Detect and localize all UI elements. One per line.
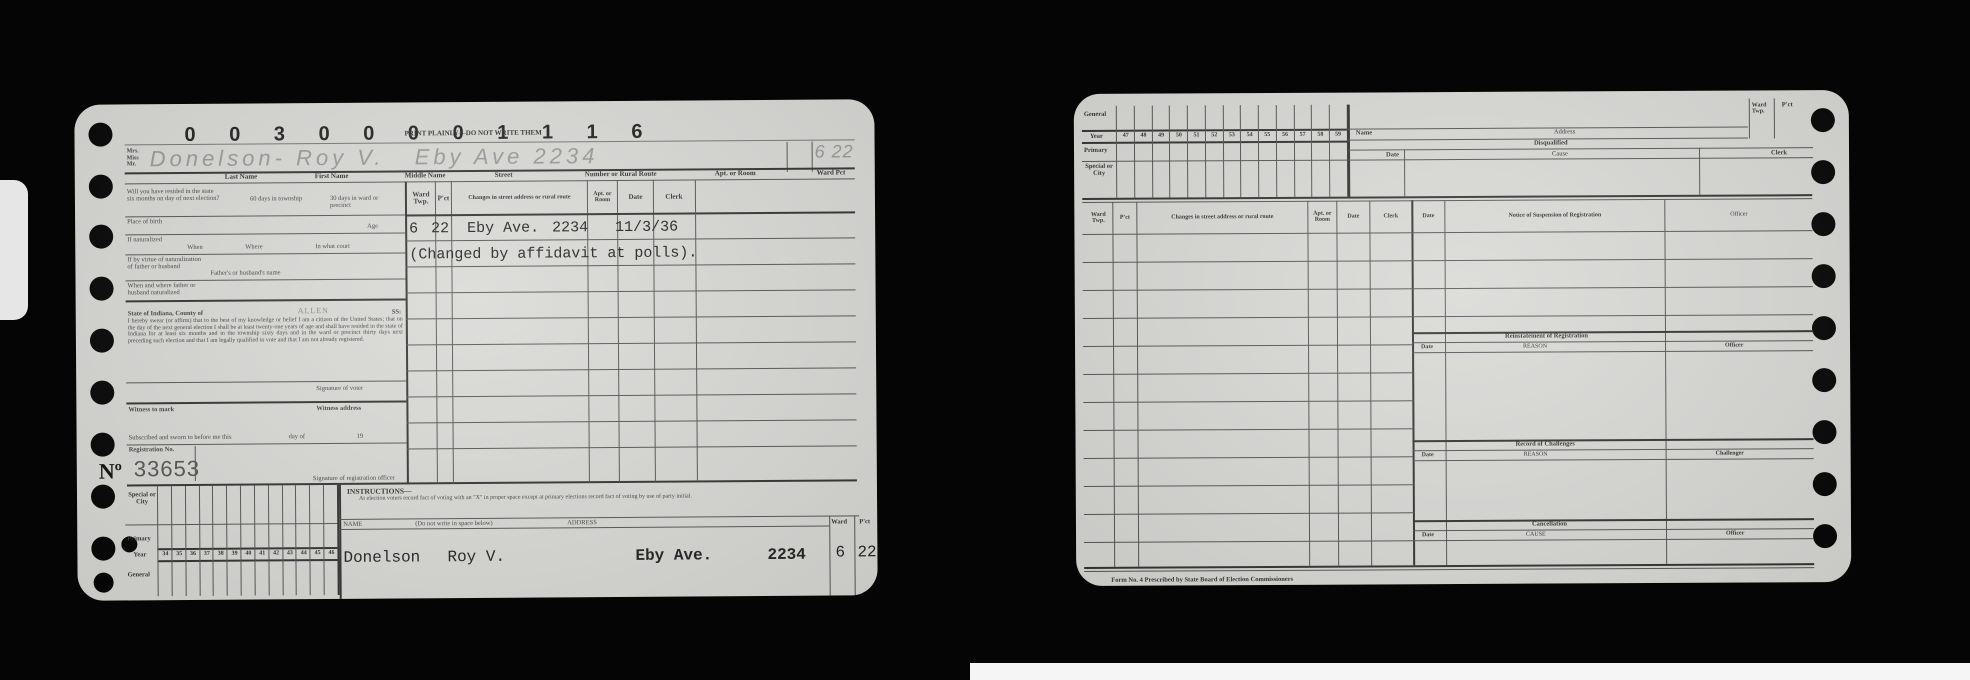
grid-column-line xyxy=(157,486,159,596)
father-label: If by virtue of naturalization of father… xyxy=(127,256,207,271)
challenges-title: Record of Challenges xyxy=(1516,441,1575,448)
col-changes: Changes in street address or rural route xyxy=(1137,205,1307,230)
challenges-challenger: Challenger xyxy=(1716,451,1744,457)
ward-label: Ward Twp. xyxy=(1752,102,1774,114)
year-prefix: 19 xyxy=(357,433,364,440)
footer-ward-label: Ward xyxy=(831,519,847,526)
footer-address-label: ADDRESS xyxy=(567,519,597,526)
row-year: Year xyxy=(133,552,146,559)
row-line xyxy=(1083,316,1413,319)
father-name-label: Father's or husband's name xyxy=(210,269,280,277)
divider xyxy=(339,483,342,599)
row-line xyxy=(1083,260,1413,263)
grid-column-line xyxy=(212,486,214,596)
registration-card-front: 0 0 3 0 0 0 0 1 1 1 6 PRINT PLAINLY—DO N… xyxy=(74,99,877,601)
change-number: 2234 xyxy=(552,219,588,236)
divider xyxy=(406,367,856,371)
divider xyxy=(1774,98,1775,138)
divider xyxy=(405,237,855,241)
row-line xyxy=(1411,230,1812,233)
divider xyxy=(405,263,855,267)
divider xyxy=(1348,157,1813,160)
col-changes: Changes in street address or rural route xyxy=(452,185,587,210)
cause-label: Cause xyxy=(1552,151,1568,158)
oath-county: ALLEN xyxy=(298,307,329,316)
divider xyxy=(1412,340,1813,343)
divider xyxy=(125,252,405,255)
label-first-name: First Name xyxy=(315,173,349,180)
registration-number: 33653 xyxy=(134,456,200,482)
divider xyxy=(1664,199,1667,564)
grid-column-line xyxy=(171,486,173,596)
sworn-label: Subscribed and sworn to before me this xyxy=(129,434,232,442)
grid-column-line xyxy=(1116,106,1117,198)
address-label: Address xyxy=(1554,129,1575,136)
grid-columns xyxy=(1116,105,1348,198)
title-prefix: Mrs.MissMr. xyxy=(127,148,139,168)
disqualified-label: Disqualified xyxy=(1534,140,1568,147)
punch-hole xyxy=(1812,368,1836,392)
reinstatement-reason: REASON xyxy=(1523,344,1547,350)
number-symbol: Nº xyxy=(99,458,122,484)
punch-hole xyxy=(91,433,115,457)
grid-column-line xyxy=(1169,106,1170,198)
col-apt: Apt. or Room xyxy=(1308,201,1336,233)
label-street: Street xyxy=(495,172,513,179)
divider xyxy=(125,232,405,235)
signature-officer-label: Signature of registration officer xyxy=(313,475,395,483)
birth-label: Place of birth xyxy=(127,218,177,225)
handwritten-ward-pct: 6 22 xyxy=(815,141,854,162)
row-line xyxy=(1412,314,1813,317)
footer-number: 2234 xyxy=(767,546,806,564)
divider xyxy=(695,179,698,481)
cancellation-officer: Officer xyxy=(1726,531,1744,537)
row-line xyxy=(1083,400,1413,403)
instructions-title: INSTRUCTIONS— xyxy=(347,487,412,495)
divider xyxy=(406,315,856,319)
punch-hole xyxy=(89,175,113,199)
reinstatement-officer: Officer xyxy=(1725,343,1743,349)
divider xyxy=(1336,201,1339,566)
row-line xyxy=(1083,372,1413,375)
punch-hole xyxy=(1813,472,1837,496)
footer-first-name: Roy V. xyxy=(447,548,505,566)
registration-no-label: Registration No. xyxy=(129,446,175,453)
grid-column-line xyxy=(1187,105,1188,197)
col-clerk: Clerk xyxy=(1370,204,1411,228)
divider xyxy=(125,214,405,217)
divider xyxy=(407,445,857,449)
name-label: Name xyxy=(1356,130,1372,137)
col-pct: P'ct xyxy=(1113,206,1136,230)
footer-name-label: NAME xyxy=(343,521,362,528)
challenges-reason: REASON xyxy=(1524,452,1548,458)
change-pct: 22 xyxy=(431,220,449,237)
grid-column-line xyxy=(1240,105,1241,197)
divider xyxy=(126,298,406,302)
divider xyxy=(1412,350,1813,353)
punch-hole xyxy=(1812,316,1836,340)
divider xyxy=(854,515,856,595)
grid-column-line xyxy=(1205,105,1206,197)
punch-hole xyxy=(91,537,115,561)
divider xyxy=(1411,200,1415,565)
naturalized-court: In what court xyxy=(315,243,350,250)
challenges-date: Date xyxy=(1422,452,1434,458)
voting-record-grid-back: General Year Primary Special or City 474… xyxy=(1082,105,1347,198)
suspension-date: Date xyxy=(1412,204,1444,228)
row-line xyxy=(1084,484,1414,487)
naturalized-where: Where xyxy=(245,243,262,250)
col-pct: P'ct xyxy=(436,186,451,210)
cancellation-cause: CAUSE xyxy=(1526,532,1546,538)
change-date: 11/3/36 xyxy=(615,219,678,236)
signature-line xyxy=(126,380,406,383)
label-middle-name: Middle Name xyxy=(405,172,446,179)
divider xyxy=(1413,538,1814,541)
grid-column-line xyxy=(240,486,242,596)
divider xyxy=(126,400,406,404)
cancellation-title: Cancellation xyxy=(1532,521,1567,528)
divider xyxy=(406,341,856,345)
reinstatement-date: Date xyxy=(1421,344,1433,350)
divider xyxy=(406,289,856,293)
change-street: Eby Ave. xyxy=(467,220,539,238)
grid-column-line xyxy=(282,485,284,595)
instructions-text: At election voters record fact of voting… xyxy=(359,492,839,502)
footer-street: Eby Ave. xyxy=(635,546,712,565)
divider xyxy=(1136,202,1139,567)
handwritten-address: Eby Ave 2234 xyxy=(415,143,599,170)
punch-hole xyxy=(1811,160,1835,184)
divider xyxy=(406,393,856,397)
grid-column-line xyxy=(226,486,228,596)
divider xyxy=(1404,149,1405,196)
grid-column-line xyxy=(1329,105,1330,197)
grid-column-line xyxy=(254,486,256,596)
suspension-title: Notice of Suspension of Registration xyxy=(1445,203,1664,228)
col-ward: Ward Twp. xyxy=(1084,206,1112,230)
grid-columns xyxy=(157,485,338,596)
label-ward-pct: Ward Pct xyxy=(817,169,846,176)
punch-hole xyxy=(91,485,115,509)
grid-column-line xyxy=(1276,105,1277,197)
col-date: Date xyxy=(1337,204,1369,228)
col-apt: Apt. or Room xyxy=(588,183,617,211)
punch-hole xyxy=(89,225,113,249)
col-clerk: Clerk xyxy=(654,184,694,208)
punch-hole xyxy=(90,329,114,353)
divider xyxy=(1348,127,1748,130)
header-instruction: PRINT PLAINLY—DO NOT WRITE THEM xyxy=(404,130,541,138)
oath-text: I hereby swear (or affirm) that to the b… xyxy=(128,317,403,345)
grid-column-line xyxy=(323,485,325,595)
divider xyxy=(1413,438,1814,442)
row-line xyxy=(1083,288,1413,291)
footer-ward: 6 xyxy=(835,543,845,561)
oath-state-line: State of Indiana, County of xyxy=(128,310,203,318)
divider xyxy=(829,516,831,596)
oath-ss: SS: xyxy=(392,309,401,316)
divider xyxy=(1369,200,1372,565)
age-label: Age xyxy=(367,223,378,230)
change-note: (Changed by affidavit at polls). xyxy=(409,244,697,263)
divider xyxy=(1307,201,1310,566)
row-line xyxy=(1412,286,1813,289)
residency-township: 60 days in township xyxy=(250,195,320,203)
divider xyxy=(1413,518,1814,522)
punch-hole xyxy=(90,381,114,405)
label-apt: Apt. or Room xyxy=(715,170,756,177)
col-ward: Ward Twp. xyxy=(407,186,435,210)
label-number: Number or Rural Route xyxy=(585,171,657,179)
row-line xyxy=(1412,258,1813,261)
date-label: Date xyxy=(1386,152,1399,159)
reinstatement-title: Reinstatement of Registration xyxy=(1505,333,1588,340)
witness-address-label: Witness address xyxy=(316,405,361,412)
divider xyxy=(1444,200,1447,565)
footer-do-not-write: (Do not write in space below) xyxy=(415,520,492,528)
punch-hole xyxy=(1811,212,1835,236)
row-line xyxy=(1083,428,1413,431)
changes-rows xyxy=(1074,90,1849,94)
row-line xyxy=(1084,540,1414,543)
grid-column-line xyxy=(309,485,311,595)
row-general: General xyxy=(1084,112,1106,119)
divider xyxy=(407,419,857,423)
row-primary: Primary xyxy=(1084,148,1108,155)
row-line xyxy=(1084,456,1414,459)
grid-column-line xyxy=(1293,105,1294,197)
signature-voter-label: Signature of voter xyxy=(316,385,363,392)
witness-label: Witness to mark xyxy=(128,406,174,413)
pct-label: P'ct xyxy=(1782,102,1793,109)
row-primary: Primary xyxy=(127,536,151,543)
footer-pct-label: P'ct xyxy=(859,519,870,526)
divider xyxy=(1413,448,1814,451)
grid-column-line xyxy=(1311,105,1312,197)
cancellation-date: Date xyxy=(1422,532,1434,538)
adjacent-card-edge xyxy=(0,180,28,320)
grid-column-line xyxy=(1134,106,1135,198)
residency-question: Will you have resided in the state six m… xyxy=(127,188,222,203)
punch-hole xyxy=(94,573,114,593)
naturalized-label: If naturalized xyxy=(127,236,162,243)
divider xyxy=(1413,458,1814,461)
row-general: General xyxy=(128,572,150,579)
grid-column-line xyxy=(185,486,187,596)
handwritten-name: Donelson- Roy V. xyxy=(150,145,385,173)
grid-column-line xyxy=(295,485,297,595)
grid-column-line xyxy=(268,485,270,595)
col-clerk-extra xyxy=(695,183,855,208)
divider xyxy=(405,211,855,216)
grid-column-line xyxy=(1222,105,1223,197)
punch-hole xyxy=(88,123,112,147)
punch-hole xyxy=(1812,264,1836,288)
grid-column-line xyxy=(1258,105,1259,197)
grid-column-line xyxy=(1151,106,1152,198)
registration-card-back: General Year Primary Special or City 474… xyxy=(1074,90,1852,586)
divider xyxy=(451,181,454,483)
label-last-name: Last Name xyxy=(225,174,258,181)
clerk-label: Clerk xyxy=(1771,150,1787,157)
divider xyxy=(126,278,406,281)
punch-hole xyxy=(1813,524,1837,548)
residency-precinct: 30 days in ward or precinct xyxy=(330,195,400,210)
grid-column-line xyxy=(198,486,200,596)
day-of-label: day of xyxy=(289,433,305,440)
punch-hole xyxy=(1812,420,1836,444)
divider xyxy=(127,442,407,445)
col-date: Date xyxy=(618,185,653,209)
change-ward: 6 xyxy=(409,220,418,237)
divider xyxy=(1112,202,1115,567)
form-footer: Form No. 4 Prescribed by State Board of … xyxy=(1111,577,1293,584)
divider xyxy=(1699,148,1700,195)
row-special: Special or City xyxy=(127,492,157,505)
background-paper-strip xyxy=(970,663,1970,680)
divider xyxy=(1413,528,1814,531)
divider xyxy=(1749,98,1750,138)
footer-pct: 22 xyxy=(857,543,876,561)
voting-record-grid: Special or City Primary Year General 343… xyxy=(125,485,338,596)
row-year: Year xyxy=(1090,134,1103,141)
divider xyxy=(339,515,859,520)
naturalized-when: When xyxy=(187,244,203,251)
punch-hole xyxy=(1811,108,1835,132)
row-line xyxy=(1082,232,1412,235)
row-line xyxy=(1083,344,1413,347)
suspension-officer: Officer xyxy=(1665,202,1812,227)
row-line xyxy=(1084,512,1414,515)
punch-hole xyxy=(89,277,113,301)
divider xyxy=(1412,330,1813,334)
row-special: Special or City xyxy=(1084,164,1114,177)
footer-last-name: Donelson xyxy=(343,548,420,567)
father-when-label: When and where father or husband natural… xyxy=(128,282,218,297)
divider xyxy=(1348,147,1813,150)
divider xyxy=(195,446,196,481)
